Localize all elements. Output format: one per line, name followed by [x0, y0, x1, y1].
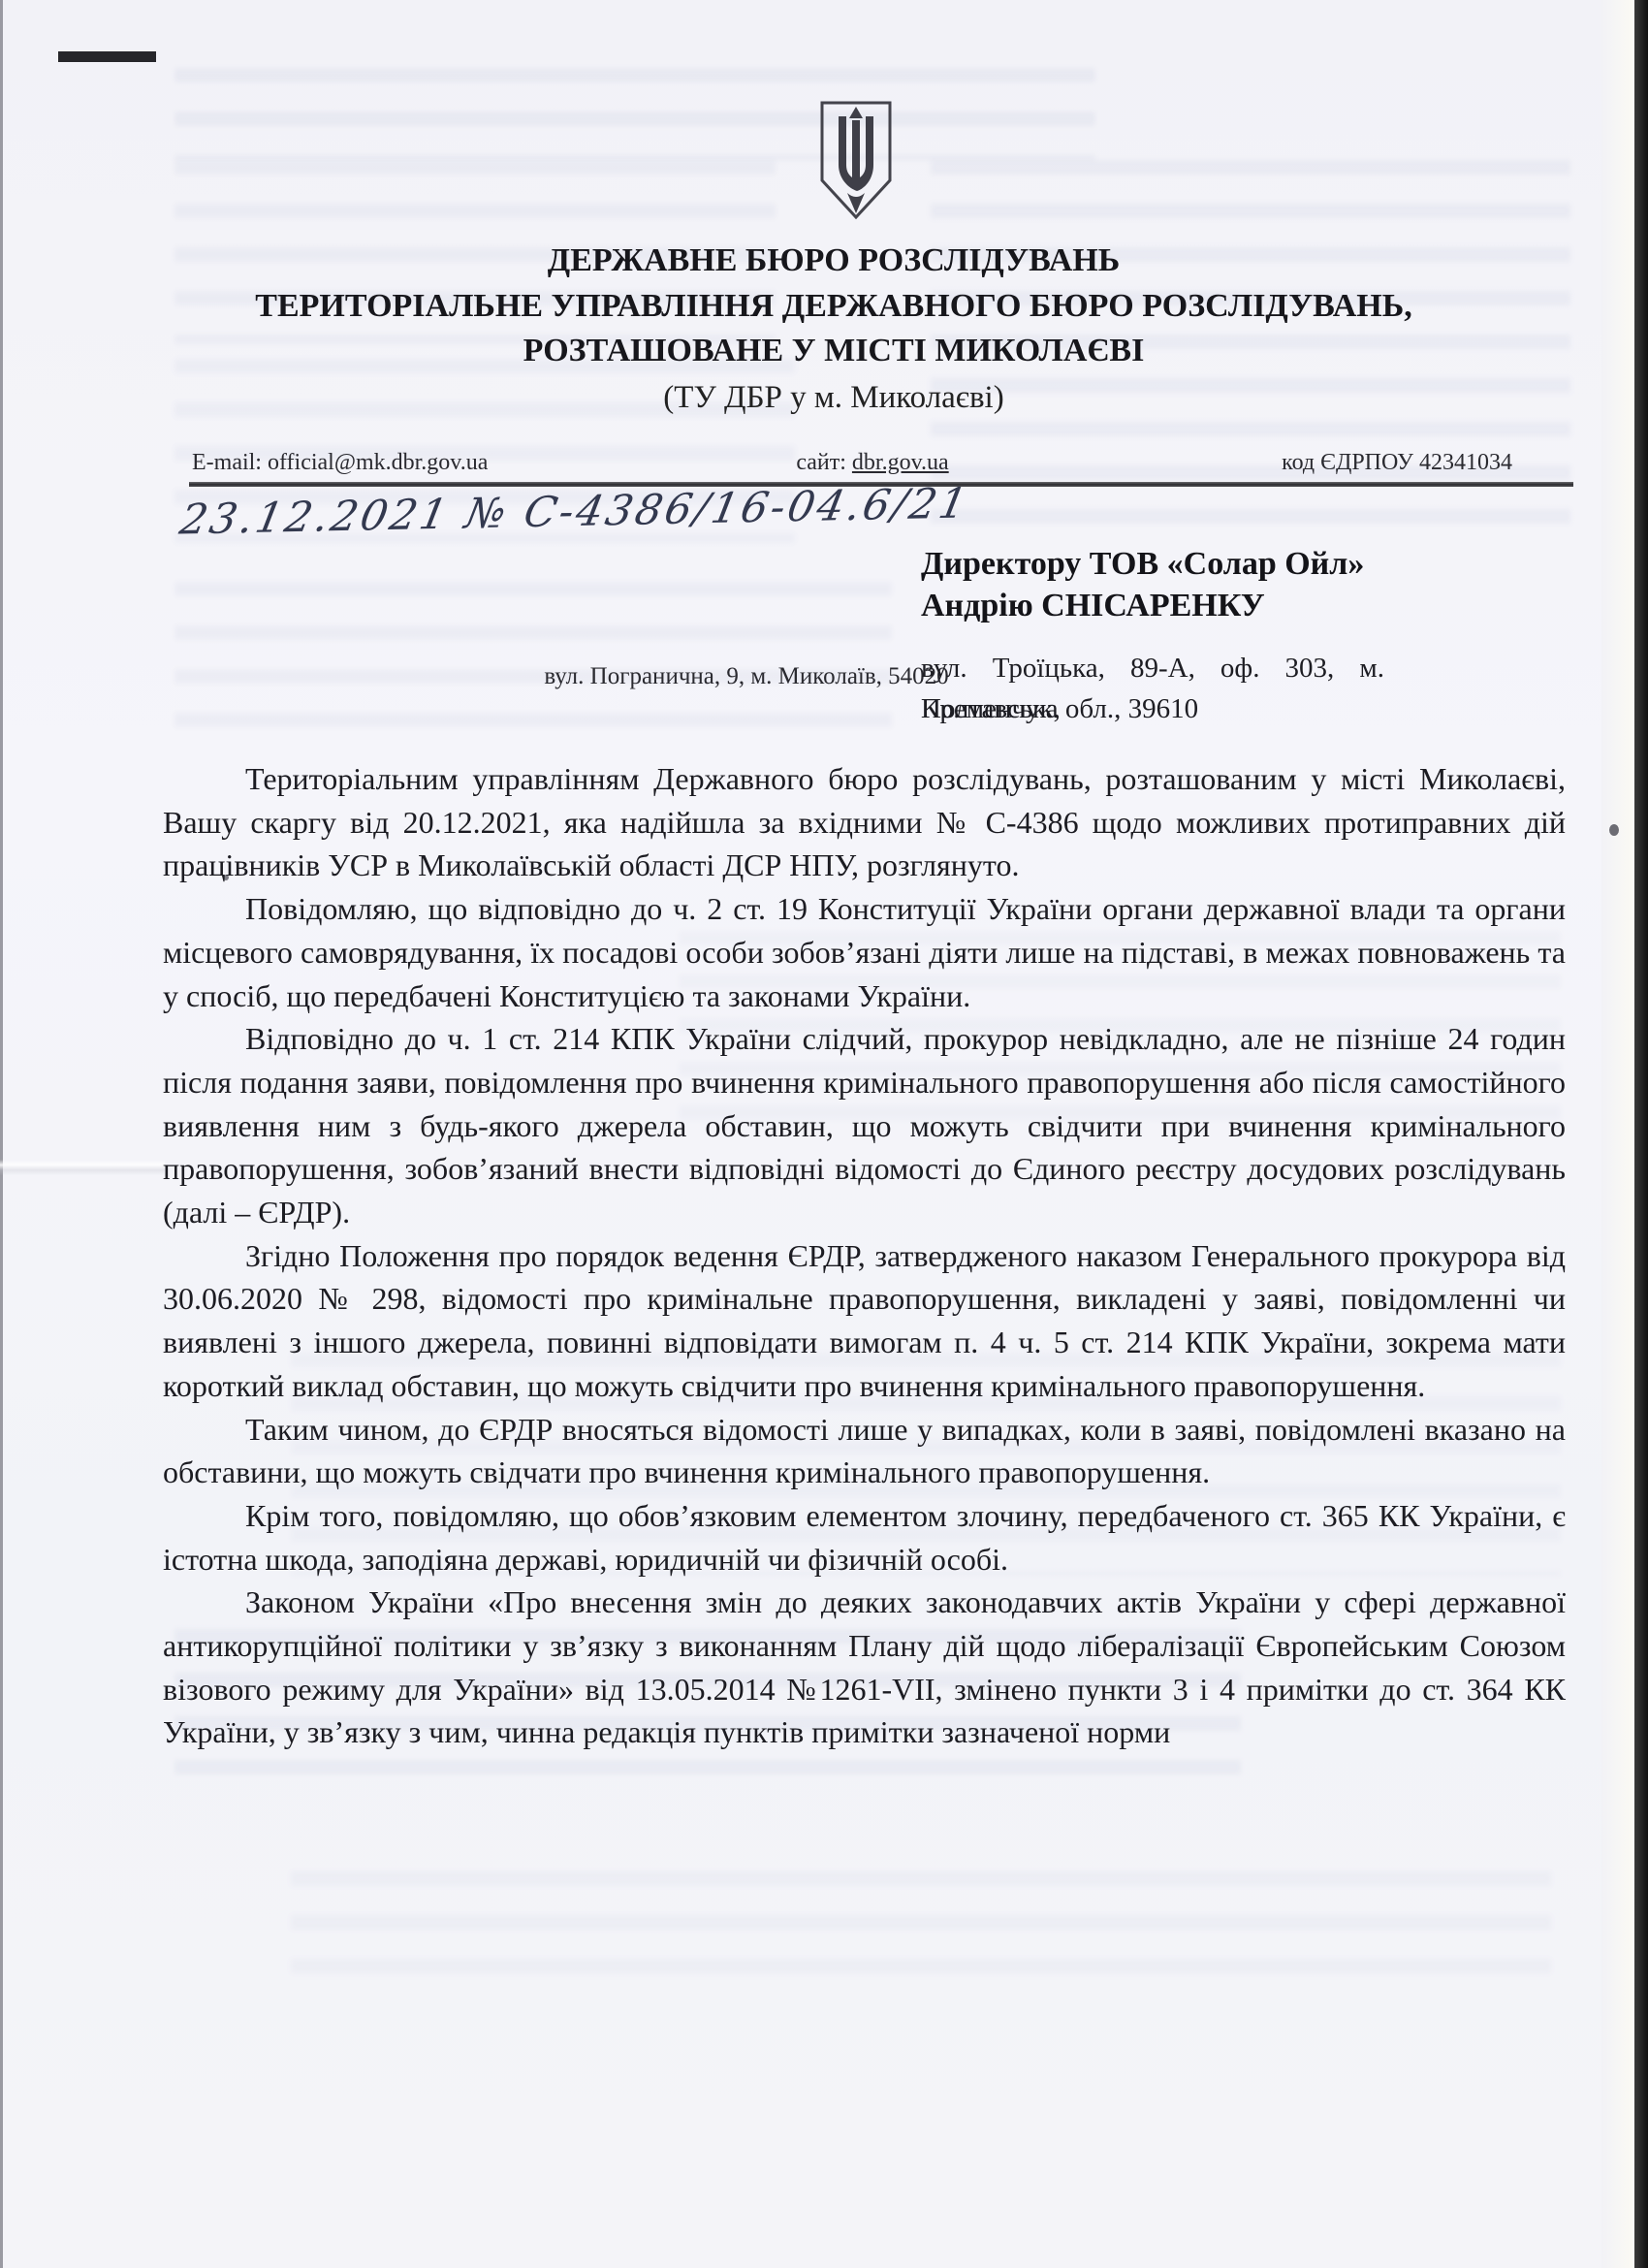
website-url: dbr.gov.ua: [852, 450, 959, 475]
scanned-letter-page: ДЕРЖАВНЕ БЮРО РОЗСЛІДУВАНЬ ТЕРИТОРІАЛЬНЕ…: [0, 0, 1648, 2268]
body-paragraph: Відповідно до ч. 1 ст. 214 КПК України с…: [163, 1017, 1566, 1234]
body-paragraph: Законом України «Про внесення змін до де…: [163, 1581, 1566, 1754]
org-email: E-mail: official@mk.dbr.gov.ua: [192, 450, 488, 476]
org-short-name: (ТУ ДБР у м. Миколаєві): [29, 374, 1638, 421]
trident-emblem-icon: [811, 97, 901, 225]
org-edrpou-code: код ЄДРПОУ 42341034: [1282, 450, 1512, 476]
body-paragraph: Таким чином, до ЄРДР вносяться відомості…: [163, 1408, 1566, 1494]
letterhead: ДЕРЖАВНЕ БЮРО РОЗСЛІДУВАНЬ ТЕРИТОРІАЛЬНЕ…: [29, 239, 1638, 421]
website-label: сайт:: [796, 450, 846, 475]
handwritten-reference-number: 23.12.2021 № С-4386/16-04.6/21: [175, 480, 973, 545]
body-paragraph: Крім того, повідомляю, що обов’язковим е…: [163, 1494, 1566, 1581]
recipient-name: Андрію СНІСАРЕНКУ: [921, 585, 1386, 626]
org-name-line2: ТЕРИТОРІАЛЬНЕ УПРАВЛІННЯ ДЕРЖАВНОГО БЮРО…: [29, 284, 1638, 330]
scan-speck: [1609, 824, 1619, 836]
recipient-address-line2: Полтавська обл., 39610: [921, 688, 1384, 729]
org-website: сайт: dbr.gov.ua: [796, 450, 958, 476]
org-name-line3: РОЗТАШОВАНЕ У МІСТІ МИКОЛАЄВІ: [29, 329, 1638, 374]
org-name-line1: ДЕРЖАВНЕ БЮРО РОЗСЛІДУВАНЬ: [29, 239, 1638, 284]
recipient-title: Директору ТОВ «Солар Ойл»: [921, 543, 1386, 585]
bleed-through-artifact: [174, 582, 892, 737]
body-paragraph: Повідомляю, що відповідно до ч. 2 ст. 19…: [163, 887, 1566, 1017]
body-paragraph: Територіальним управлінням Державного бю…: [163, 757, 1566, 887]
scan-top-mark: [58, 51, 156, 62]
letter-body: Територіальним управлінням Державного бю…: [163, 757, 1566, 1754]
body-paragraph: Згідно Положення про порядок ведення ЄРД…: [163, 1234, 1566, 1408]
paper-crease: [0, 1160, 165, 1175]
bleed-through-artifact: [174, 68, 1095, 160]
bleed-through-artifact: [291, 1871, 1551, 1988]
scan-edge-left: [0, 0, 3, 2268]
recipient-block: Директору ТОВ «Солар Ойл» Андрію СНІСАРЕ…: [921, 543, 1386, 626]
